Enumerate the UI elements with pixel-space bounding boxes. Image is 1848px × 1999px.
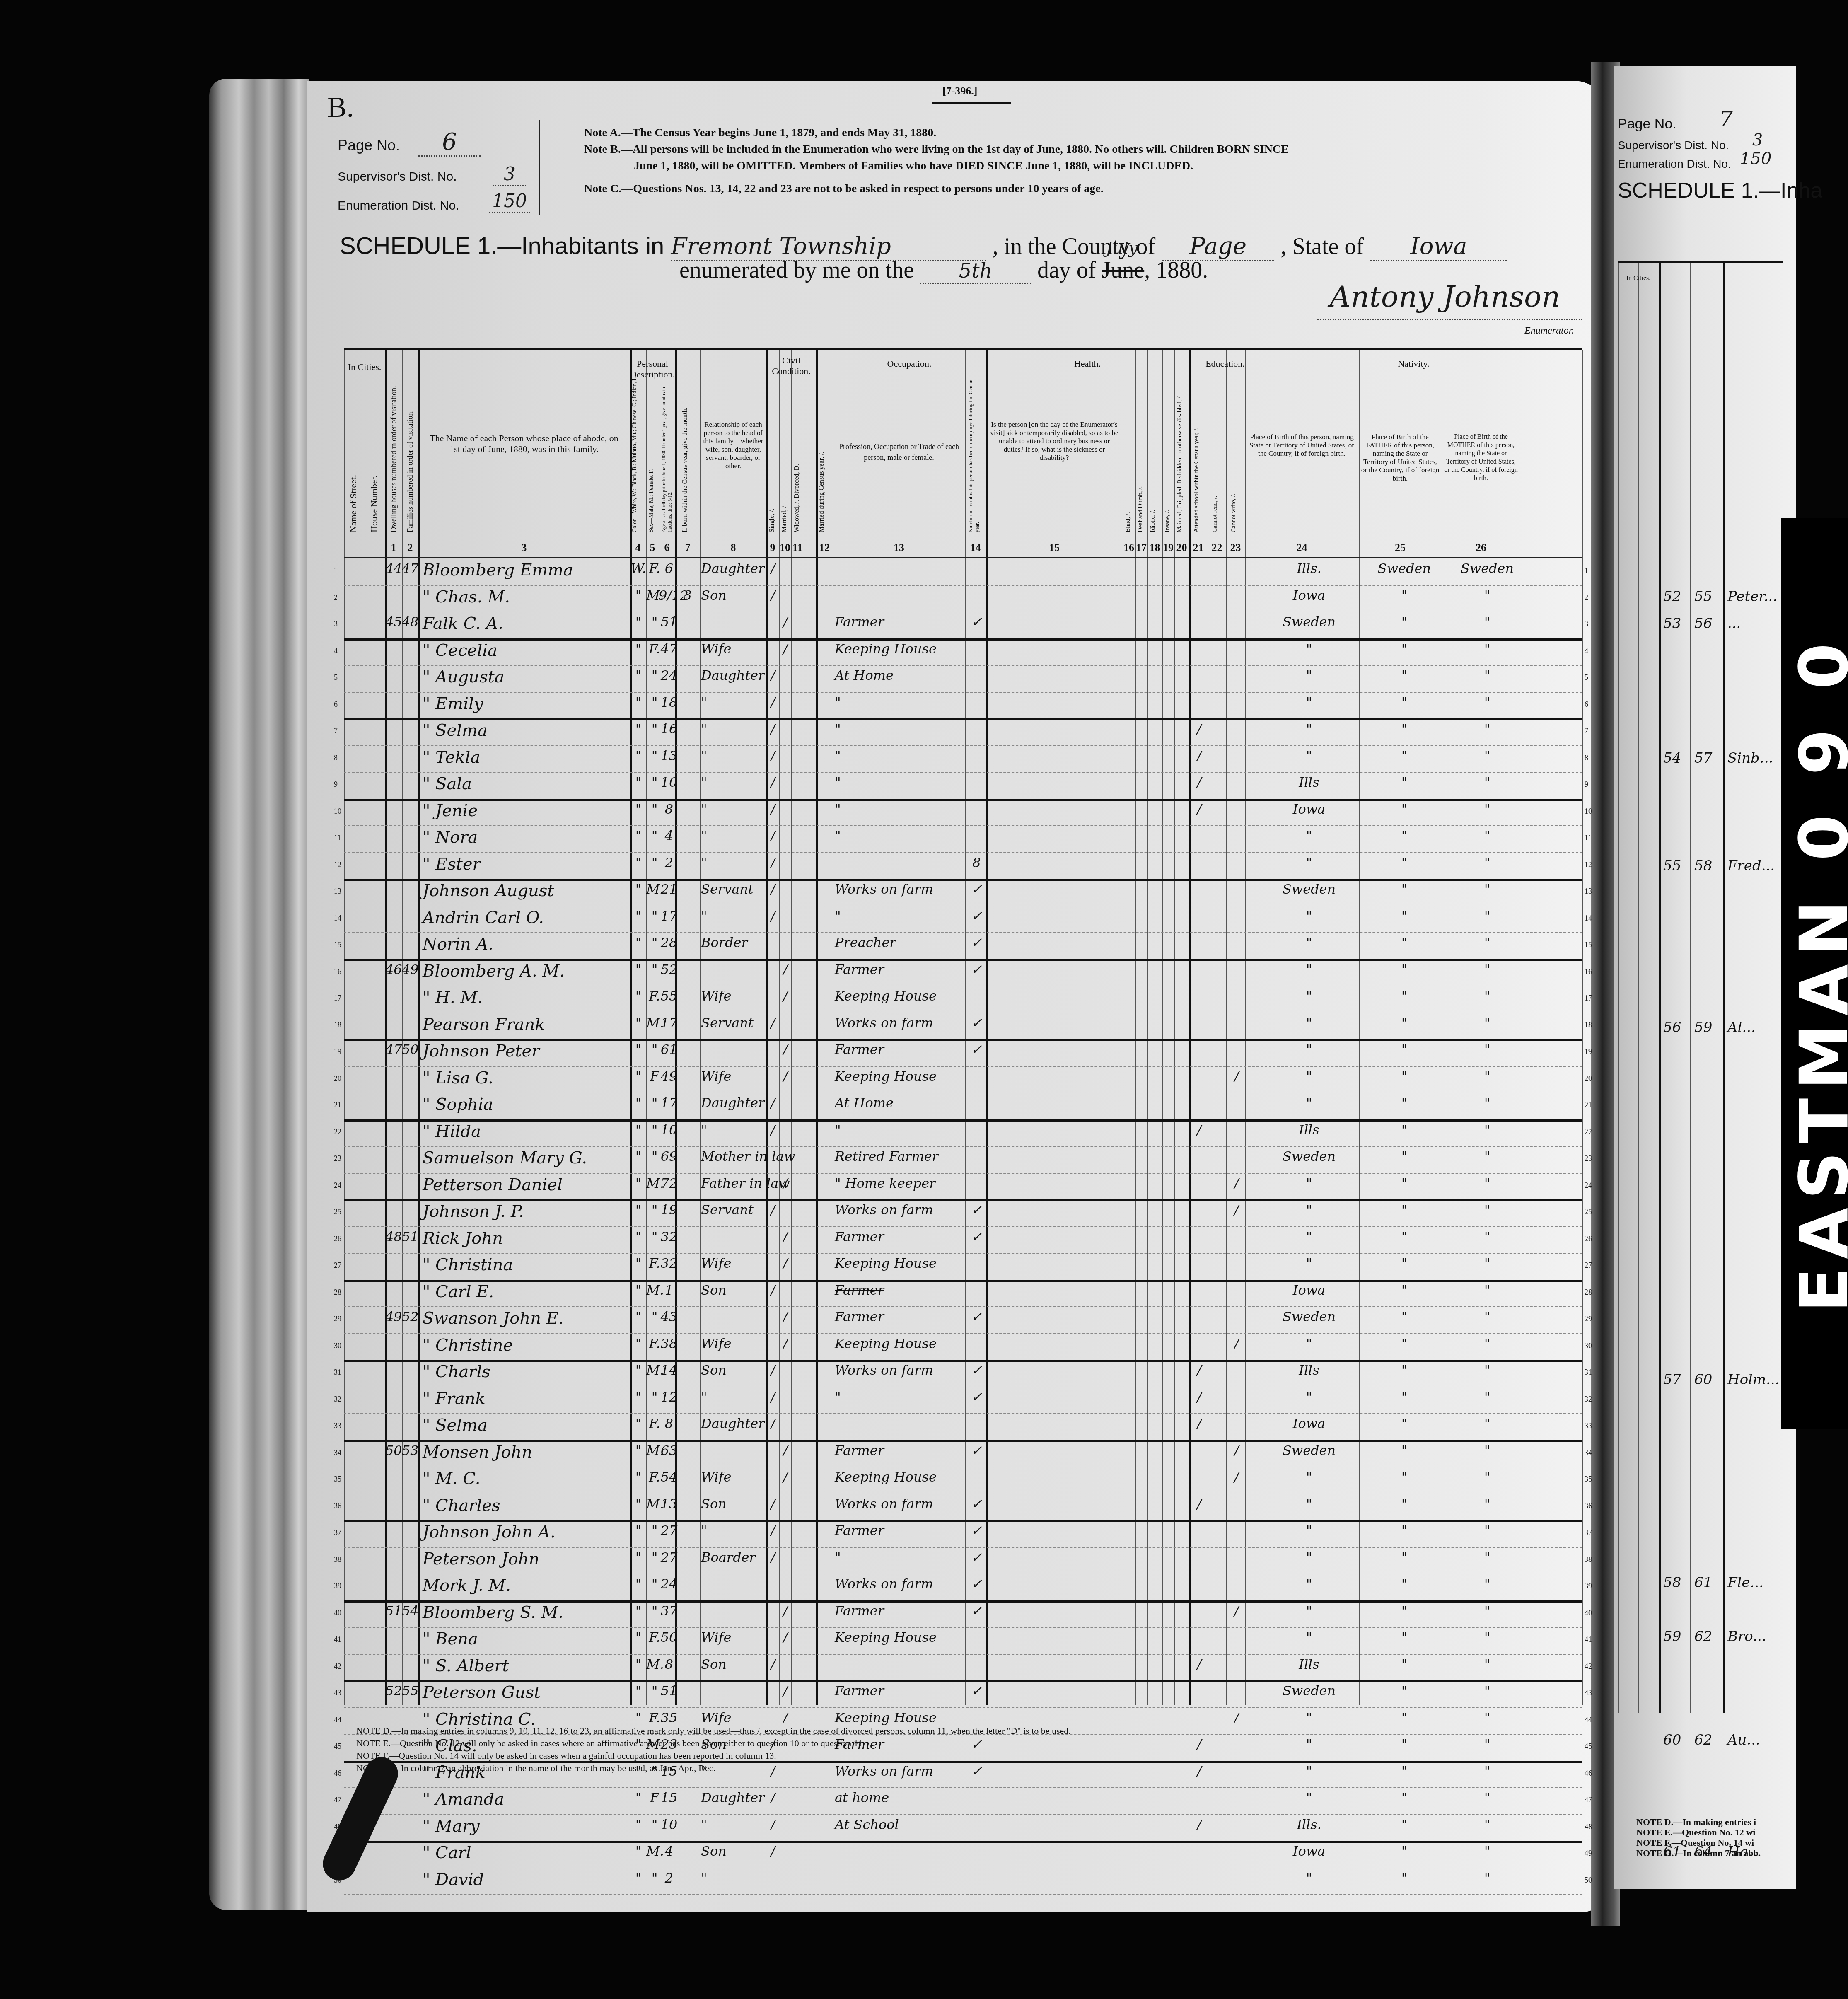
person-name: " Ester — [423, 855, 630, 874]
group-in-cities: In Cities. — [344, 362, 385, 372]
enumeration-dist-value: 150 — [489, 191, 530, 213]
age-value: 10 — [659, 1122, 679, 1138]
line-number: 42 — [334, 1662, 341, 1671]
single-mark: / — [767, 1496, 779, 1512]
occupation-value: Farmer — [835, 962, 967, 977]
person-name: " Nora — [423, 828, 630, 847]
line-number: 41 — [1585, 1635, 1592, 1644]
mother-birthplace-value: " — [1450, 1042, 1524, 1057]
school-mark: / — [1191, 748, 1208, 764]
birthplace-value: Iowa — [1263, 587, 1355, 603]
mother-birthplace-value: " — [1450, 1282, 1524, 1298]
person-name: Johnson August — [423, 881, 630, 900]
line-number: 18 — [334, 1021, 341, 1030]
single-mark: / — [767, 881, 779, 897]
page-no-value: 6 — [418, 128, 481, 157]
line-number: 3 — [1585, 620, 1588, 628]
occupation-value: Farmer — [835, 1523, 967, 1538]
birthplace-value: " — [1263, 1095, 1355, 1111]
table-row: 4141" Bena"F.50Wife/Keeping House""" — [344, 1627, 1582, 1655]
person-name: Rick John — [423, 1229, 630, 1248]
facing-page-no-label: Page No. — [1618, 116, 1676, 132]
age-value: 32 — [659, 1255, 679, 1271]
mother-birthplace-value: " — [1450, 908, 1524, 924]
facing-name: Holm... — [1727, 1371, 1780, 1388]
birthplace-value: " — [1263, 1576, 1355, 1592]
table-row: 4242" S. Albert"M.8Son//Ills"" — [344, 1654, 1582, 1683]
person-name: Falk C. A. — [423, 614, 630, 633]
person-name: " Tekla — [423, 748, 630, 767]
relationship-value: Servant — [701, 1015, 767, 1031]
mother-birthplace-value: " — [1450, 1710, 1524, 1726]
father-birthplace-value: " — [1367, 881, 1442, 897]
line-number: 37 — [1585, 1528, 1592, 1537]
line-number: 15 — [1585, 940, 1592, 949]
note-g: NOTE G.—In column 7 an abbreviation in t… — [356, 1763, 715, 1774]
colnum-18: 18 — [1147, 541, 1162, 554]
line-number: 41 — [334, 1635, 341, 1644]
occupation-value: Keeping House — [835, 1710, 967, 1726]
color-value: " — [630, 828, 646, 844]
father-birthplace-value: " — [1367, 908, 1442, 924]
line-number: 29 — [334, 1315, 341, 1323]
line-number: 42 — [1585, 1662, 1592, 1671]
facing-dwelling: 56 — [1663, 1019, 1681, 1036]
relationship-value: Wife — [701, 1255, 767, 1271]
birthplace-value: Iowa — [1263, 1843, 1355, 1859]
line-number: 26 — [334, 1235, 341, 1243]
person-name: " Sala — [423, 774, 630, 793]
relationship-value: Servant — [701, 1202, 767, 1218]
color-value: " — [630, 748, 646, 764]
mother-birthplace-value: " — [1450, 1443, 1524, 1458]
person-name: " Cecelia — [423, 641, 630, 660]
married-mark: / — [780, 1255, 791, 1271]
birthplace-value: Iowa — [1263, 1416, 1355, 1431]
single-mark: / — [767, 1389, 779, 1405]
age-value: 61 — [659, 1042, 679, 1057]
birthplace-value: Ills — [1263, 1362, 1355, 1378]
birthplace-value: Sweden — [1263, 614, 1355, 630]
birthplace-value: " — [1263, 1175, 1355, 1191]
father-birthplace-value: " — [1367, 1736, 1442, 1752]
school-mark: / — [1191, 1736, 1208, 1752]
color-value: " — [630, 1496, 646, 1512]
married-mark: / — [780, 1309, 791, 1325]
dwelling-number: 51 — [385, 1603, 402, 1619]
facing-name: Sinb... — [1727, 750, 1773, 766]
occupation-value: " — [835, 1122, 967, 1138]
table-row: 40405154Bloomberg S. M.""37/Farmer✓/""" — [344, 1600, 1582, 1628]
occupation-value: Keeping House — [835, 1068, 967, 1084]
person-name: Johnson John A. — [423, 1523, 630, 1542]
birthplace-value: " — [1263, 1229, 1355, 1245]
single-mark: / — [767, 1202, 779, 1218]
person-name: Bloomberg Emma — [423, 561, 630, 580]
col-age: Age at last birthday prior to June 1, 18… — [661, 375, 675, 532]
line-number: 46 — [1585, 1769, 1592, 1778]
colnum-24: 24 — [1245, 541, 1359, 554]
occupation-value: at home — [835, 1790, 967, 1806]
person-name: Petterson Daniel — [423, 1175, 630, 1194]
age-value: 51 — [659, 1683, 679, 1699]
birthplace-value: Iowa — [1263, 1282, 1355, 1298]
col-cannot-read: Cannot read, /. — [1212, 474, 1219, 532]
mother-birthplace-value: " — [1450, 1362, 1524, 1378]
married-mark: / — [780, 962, 791, 977]
family-number: 48 — [402, 614, 418, 630]
birthplace-value: " — [1263, 721, 1355, 737]
unemployed-value: ✓ — [967, 1389, 986, 1405]
father-birthplace-value: " — [1367, 1629, 1442, 1645]
married-mark: / — [780, 1629, 791, 1645]
supervisors-dist-value: 3 — [493, 164, 526, 186]
person-name: " Emily — [423, 694, 630, 713]
facing-dwelling: 54 — [1663, 750, 1681, 766]
col-cannot-write: Cannot write, /. — [1230, 474, 1237, 532]
father-birthplace-value: " — [1367, 1202, 1442, 1218]
line-number: 9 — [1585, 780, 1588, 789]
color-value: " — [630, 801, 646, 817]
mother-birthplace-value: " — [1450, 1736, 1524, 1752]
facing-note-f: NOTE F.—Question No. 14 wi — [1636, 1837, 1754, 1848]
facing-table: In Cities. 5255Peter...5356...5457Sinb..… — [1618, 261, 1783, 1713]
year-label: , 1880. — [1144, 257, 1208, 283]
unemployed-value: ✓ — [967, 614, 986, 630]
month-value: July — [1106, 239, 1138, 258]
age-value: 6 — [659, 561, 679, 576]
single-mark: / — [767, 1817, 779, 1832]
school-mark: / — [1191, 801, 1208, 817]
relationship-value: Wife — [701, 641, 767, 657]
month-struck: June — [1102, 257, 1145, 283]
table-row: 3737Johnson John A.""27"/Farmer✓""" — [344, 1520, 1582, 1548]
birthplace-value: " — [1263, 1496, 1355, 1512]
person-name: " Chas. M. — [423, 587, 630, 607]
birthplace-value: Ills. — [1263, 561, 1355, 576]
age-value: 13 — [659, 1496, 679, 1512]
colnum-2: 2 — [402, 541, 418, 554]
single-mark: / — [767, 828, 779, 844]
person-name: " Jenie — [423, 801, 630, 820]
single-mark: / — [767, 748, 779, 764]
birthplace-value: Sweden — [1263, 1443, 1355, 1458]
occupation-value: At Home — [835, 667, 967, 683]
birthplace-value: " — [1263, 908, 1355, 924]
single-mark: / — [767, 1282, 779, 1298]
line-number: 8 — [1585, 754, 1588, 762]
line-number: 25 — [334, 1208, 341, 1216]
colnum-20: 20 — [1174, 541, 1189, 554]
single-mark: / — [767, 721, 779, 737]
mother-birthplace-value: " — [1450, 721, 1524, 737]
color-value: " — [630, 587, 646, 603]
color-value: " — [630, 1202, 646, 1218]
single-mark: / — [767, 1549, 779, 1565]
facing-dwelling: 59 — [1663, 1628, 1681, 1645]
cannot-write-mark: / — [1228, 1443, 1245, 1458]
note-b-cont: June 1, 1880, will be OMITTED. Members o… — [634, 160, 1193, 173]
single-mark: / — [767, 1122, 779, 1138]
mother-birthplace-value: " — [1450, 1870, 1524, 1886]
col-name-of-street: Name of Street. — [348, 433, 359, 532]
facing-note-d: NOTE D.—In making entries i — [1636, 1817, 1756, 1827]
father-birthplace-value: " — [1367, 641, 1442, 657]
state-label: , State of — [1280, 234, 1364, 259]
line-number: 28 — [1585, 1288, 1592, 1297]
colnum-9: 9 — [766, 541, 779, 554]
relationship-value: " — [701, 721, 767, 737]
line-number: 8 — [334, 754, 338, 762]
father-birthplace-value: " — [1367, 1443, 1442, 1458]
married-mark: / — [780, 1603, 791, 1619]
occupation-value: At School — [835, 1817, 967, 1832]
school-mark: / — [1191, 1656, 1208, 1672]
age-value: 4 — [659, 828, 679, 844]
mother-birthplace-value: " — [1450, 614, 1524, 630]
father-birthplace-value: " — [1367, 1576, 1442, 1592]
state-value: Iowa — [1370, 233, 1507, 261]
table-row: 55" Augusta""24Daughter/At Home""" — [344, 665, 1582, 693]
occupation-value: Farmer — [835, 614, 967, 630]
single-mark: / — [767, 1656, 779, 1672]
single-mark: / — [767, 694, 779, 710]
age-value: 50 — [659, 1629, 679, 1645]
father-birthplace-value: " — [1367, 1175, 1442, 1191]
table-row: 3131" Charls"M.14Son/Works on farm✓/Ills… — [344, 1360, 1582, 1387]
note-d: NOTE D.—In making entries in columns 9, … — [356, 1726, 1071, 1736]
line-number: 34 — [1585, 1448, 1592, 1457]
table-row: 4747" Amanda"F15Daughter/at home""" — [344, 1787, 1582, 1815]
married-mark: / — [780, 1068, 791, 1084]
line-number: 17 — [334, 994, 341, 1003]
birthplace-value: " — [1263, 1068, 1355, 1084]
line-number: 16 — [1585, 967, 1592, 976]
relationship-value: Mother in law — [701, 1148, 767, 1164]
facing-family: 62 — [1694, 1628, 1712, 1645]
colnum-5: 5 — [646, 541, 659, 554]
relationship-value: " — [701, 748, 767, 764]
married-mark: / — [780, 1710, 791, 1726]
table-row: 2525Johnson J. P.""19Servant/Works on fa… — [344, 1199, 1582, 1227]
facing-dwelling: 53 — [1663, 615, 1681, 632]
mother-birthplace-value: " — [1450, 1148, 1524, 1164]
occupation-value: Works on farm — [835, 1202, 967, 1218]
unemployed-value: ✓ — [967, 1736, 986, 1752]
group-health: Health. — [986, 358, 1189, 369]
col-father-birthplace: Place of Birth of the FATHER of this per… — [1361, 433, 1440, 483]
table-row: 1010" Jenie""8"/"/Iowa"" — [344, 799, 1582, 827]
family-number: 47 — [402, 561, 418, 576]
person-name: " Carl E. — [423, 1282, 630, 1301]
mother-birthplace-value: " — [1450, 774, 1524, 790]
person-name: " Charls — [423, 1362, 630, 1381]
line-number: 46 — [334, 1769, 341, 1778]
unemployed-value: ✓ — [967, 1549, 986, 1565]
line-number: 7 — [334, 727, 338, 735]
group-civil-condition: Civil Condition. — [766, 355, 816, 377]
colnum-25: 25 — [1359, 541, 1442, 554]
col-house-number: House Number. — [369, 433, 379, 532]
unemployed-value: ✓ — [967, 935, 986, 950]
mother-birthplace-value: " — [1450, 1763, 1524, 1779]
color-value: " — [630, 1656, 646, 1672]
table-row: 3232" Frank""12"/"✓/""" — [344, 1387, 1582, 1414]
relationship-value: Daughter — [701, 561, 767, 576]
line-number: 31 — [1585, 1368, 1592, 1377]
father-birthplace-value: " — [1367, 1790, 1442, 1806]
line-number: 26 — [1585, 1235, 1592, 1243]
table-row: 5050" David""2"""" — [344, 1868, 1582, 1895]
col-relationship: Relationship of each person to the head … — [702, 421, 764, 470]
mother-birthplace-value: " — [1450, 1255, 1524, 1271]
color-value: " — [630, 1122, 646, 1138]
line-number: 45 — [334, 1742, 341, 1751]
age-value: 55 — [659, 988, 679, 1004]
father-birthplace-value: " — [1367, 1416, 1442, 1431]
father-birthplace-value: " — [1367, 1229, 1442, 1245]
mother-birthplace-value: " — [1450, 1336, 1524, 1351]
color-value: " — [630, 988, 646, 1004]
line-number: 22 — [1585, 1128, 1592, 1136]
father-birthplace-value: " — [1367, 1389, 1442, 1405]
person-name: Swanson John E. — [423, 1309, 630, 1328]
color-value: W. — [630, 561, 646, 576]
birthplace-value: Ills — [1263, 1656, 1355, 1672]
color-value: " — [630, 1095, 646, 1111]
mother-birthplace-value: " — [1450, 1309, 1524, 1325]
birthplace-value: Sweden — [1263, 1309, 1355, 1325]
facing-name: Fle... — [1727, 1574, 1763, 1591]
line-number: 1 — [1585, 566, 1588, 575]
color-value: " — [630, 614, 646, 630]
line-number: 14 — [334, 914, 341, 923]
age-value: 15 — [659, 1790, 679, 1806]
line-number: 43 — [1585, 1689, 1592, 1697]
occupation-value: At Home — [835, 1095, 967, 1111]
line-number: 47 — [334, 1796, 341, 1804]
occupation-value: Keeping House — [835, 1629, 967, 1645]
relationship-value: " — [701, 1870, 767, 1886]
occupation-value: " — [835, 1389, 967, 1405]
colnum-1: 1 — [385, 541, 402, 554]
line-number: 17 — [1585, 994, 1592, 1003]
person-name: Bloomberg A. M. — [423, 962, 630, 981]
age-value: 32 — [659, 1229, 679, 1245]
table-row: 88" Tekla""13"/"/""" — [344, 745, 1582, 773]
occupation-value: " — [835, 721, 967, 737]
father-birthplace-value: " — [1367, 587, 1442, 603]
single-mark: / — [767, 1416, 779, 1431]
line-number: 40 — [1585, 1609, 1592, 1617]
person-name: " Carl — [423, 1843, 630, 1862]
colnum-15: 15 — [986, 541, 1123, 554]
colnum-12: 12 — [816, 541, 833, 554]
line-number: 50 — [1585, 1876, 1592, 1885]
father-birthplace-value: " — [1367, 1683, 1442, 1699]
relationship-value: Wife — [701, 1710, 767, 1726]
facing-dwelling: 55 — [1663, 858, 1681, 874]
birthplace-value: " — [1263, 667, 1355, 683]
age-value: 1 — [659, 1282, 679, 1298]
mother-birthplace-value: " — [1450, 641, 1524, 657]
line-number: 2 — [334, 593, 338, 602]
enumerated-label: enumerated by me on the — [679, 257, 914, 283]
note-a: Note A.—The Census Year begins June 1, 1… — [584, 126, 936, 140]
facing-note-g: NOTE G.—In column 7 an abb — [1636, 1848, 1759, 1859]
person-name: " S. Albert — [423, 1656, 630, 1675]
mother-birthplace-value: " — [1450, 1523, 1524, 1538]
occupation-value: " — [835, 748, 967, 764]
colnum-7: 7 — [675, 541, 700, 554]
father-birthplace-value: " — [1367, 962, 1442, 977]
color-value: " — [630, 667, 646, 683]
unemployed-value: ✓ — [967, 1202, 986, 1218]
person-name: Norin A. — [423, 935, 630, 954]
relationship-value: Daughter — [701, 1095, 767, 1111]
line-number: 22 — [334, 1128, 341, 1136]
colnum-13: 13 — [833, 541, 965, 554]
col-sickness: Is the person [on the day of the Enumera… — [990, 421, 1118, 462]
book-page-edges — [209, 79, 309, 1910]
birthplace-value: " — [1263, 1870, 1355, 1886]
col-occupation: Profession, Occupation or Trade of each … — [837, 441, 961, 463]
relationship-value: Son — [701, 1496, 767, 1512]
table-row: 3535" M. C."F.54Wife/Keeping House/""" — [344, 1467, 1582, 1494]
birthplace-value: " — [1263, 748, 1355, 764]
birthplace-value: " — [1263, 1790, 1355, 1806]
family-number: 50 — [402, 1042, 418, 1057]
occupation-value: Farmer — [835, 1282, 967, 1298]
line-number: 32 — [1585, 1395, 1592, 1404]
colnum-6: 6 — [659, 541, 675, 554]
mother-birthplace-value: " — [1450, 1603, 1524, 1619]
dwelling-number: 44 — [385, 561, 402, 576]
occupation-value: Works on farm — [835, 1496, 967, 1512]
single-mark: / — [767, 1095, 779, 1111]
relationship-value: " — [701, 801, 767, 817]
color-value: " — [630, 1042, 646, 1057]
table-row: 2020" Lisa G."F49Wife/Keeping House/""" — [344, 1066, 1582, 1094]
birthplace-value: " — [1263, 1603, 1355, 1619]
color-value: " — [630, 935, 646, 950]
line-number: 30 — [334, 1342, 341, 1350]
color-value: " — [630, 1603, 646, 1619]
table-row: 44" Cecelia"F.47Wife/Keeping House""" — [344, 638, 1582, 666]
age-value: 43 — [659, 1309, 679, 1325]
mother-birthplace-value: " — [1450, 1790, 1524, 1806]
family-number: 51 — [402, 1229, 418, 1245]
unemployed-value: ✓ — [967, 1443, 986, 1458]
relationship-value: " — [701, 1389, 767, 1405]
family-number: 52 — [402, 1309, 418, 1325]
table-row: 3838Peterson John""27Boarder/"✓""" — [344, 1547, 1582, 1575]
birthplace-value: " — [1263, 1736, 1355, 1752]
line-number: 34 — [334, 1448, 341, 1457]
table-row: 1111" Nora""4"/"""" — [344, 825, 1582, 853]
dwelling-number: 46 — [385, 962, 402, 977]
table-row: 2828" Carl E."M.1Son/FarmerIowa"" — [344, 1280, 1582, 1308]
line-number: 12 — [1585, 861, 1592, 869]
single-mark: / — [767, 561, 779, 576]
color-value: " — [630, 721, 646, 737]
line-number: 21 — [1585, 1101, 1592, 1109]
unemployed-value: ✓ — [967, 1763, 986, 1779]
cannot-write-mark: / — [1228, 1469, 1245, 1485]
facing-dwelling: 57 — [1663, 1371, 1681, 1388]
married-mark: / — [780, 1042, 791, 1057]
color-value: " — [630, 881, 646, 897]
